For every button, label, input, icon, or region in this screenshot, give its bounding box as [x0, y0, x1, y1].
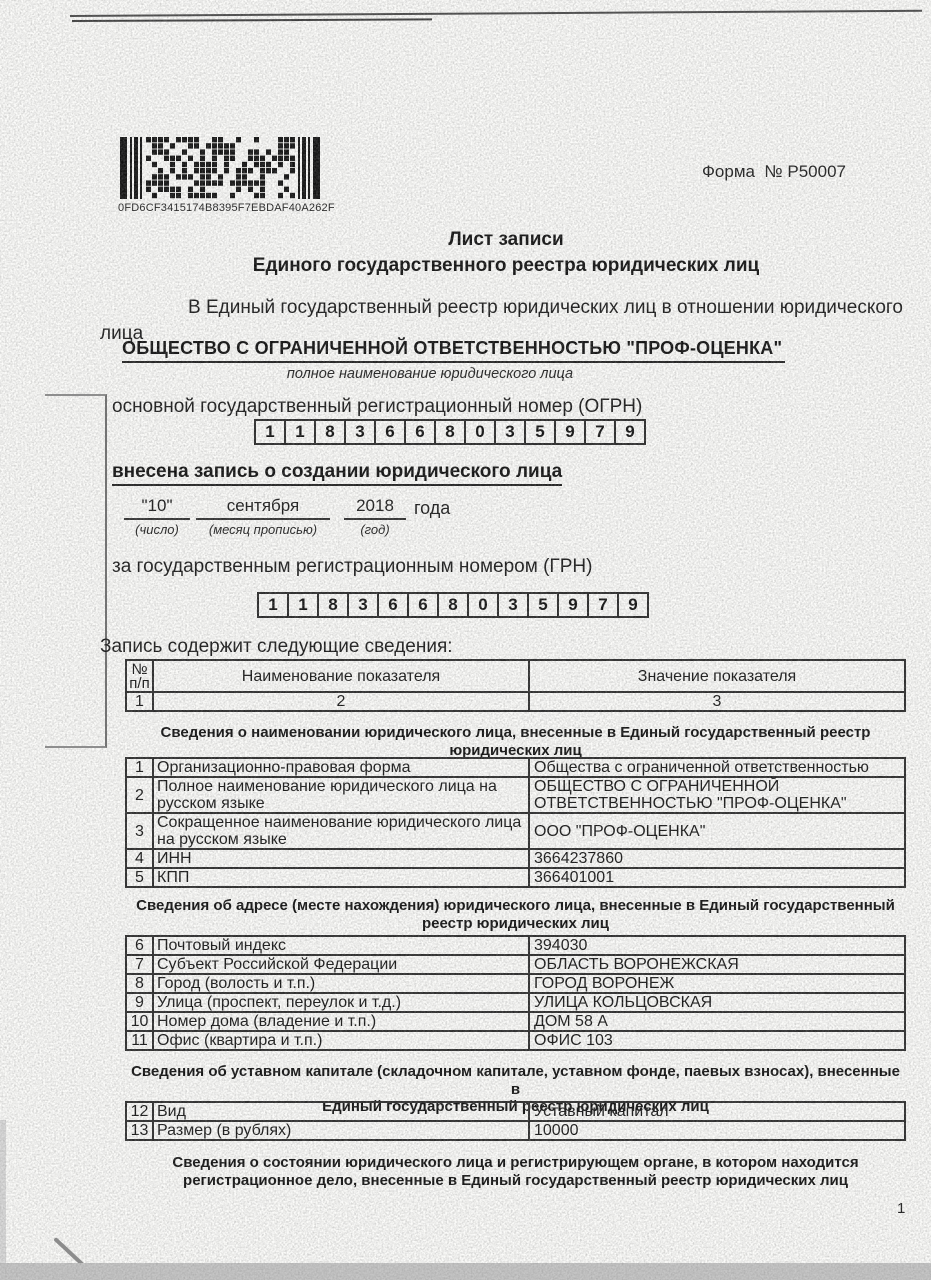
row-value: 366401001 [530, 869, 904, 886]
digit-cell: 1 [257, 592, 289, 618]
row-num: 13 [127, 1122, 154, 1139]
section-title-line: Сведения об адресе (месте нахождения) юр… [125, 897, 906, 915]
digit-cell: 6 [404, 419, 436, 445]
row-num: 10 [127, 1013, 154, 1030]
date-year-field: 2018 [344, 496, 406, 520]
row-value: ОФИС 103 [530, 1032, 904, 1049]
row-num: 9 [127, 994, 154, 1011]
digit-cell: 5 [524, 419, 556, 445]
table-row: 5КПП366401001 [127, 867, 904, 886]
section-title-line: Сведения о состоянии юридического лица и… [125, 1154, 906, 1172]
row-value: 394030 [530, 937, 904, 954]
digit-cell: 9 [557, 592, 589, 618]
record-contains-label: Запись содержит следующие сведения: [100, 636, 453, 658]
digit-cell: 0 [467, 592, 499, 618]
row-num: 6 [127, 937, 154, 954]
digit-cell: 9 [614, 419, 646, 445]
table-row: 9Улица (проспект, переулок и т.д.)УЛИЦА … [127, 992, 904, 1011]
table-row: 12ВидУставный капитал [127, 1103, 904, 1120]
row-value: ОБЩЕСТВО С ОГРАНИЧЕННОЙ ОТВЕТСТВЕННОСТЬЮ… [530, 778, 904, 812]
row-name: Размер (в рублях) [154, 1122, 530, 1139]
digit-cell: 7 [584, 419, 616, 445]
date-month-field: сентября [196, 496, 330, 520]
row-name: Улица (проспект, переулок и т.д.) [154, 994, 530, 1011]
digit-cell: 0 [464, 419, 496, 445]
table-index-row: 1 2 3 [127, 691, 904, 710]
col-header-num-line2: п/п [129, 677, 149, 691]
document-title-line2: Единого государственного реестра юридиче… [100, 253, 912, 279]
row-value: ООО "ПРОФ-ОЦЕНКА" [530, 814, 904, 848]
row-name: Полное наименование юридического лица на… [154, 778, 530, 812]
table-row: 3Сокращенное наименование юридического л… [127, 812, 904, 848]
date-month-label: (месяц прописью) [196, 522, 330, 537]
scan-left-edge-shadow [0, 1120, 6, 1263]
form-number-label: Форма № Р50007 [702, 162, 846, 182]
row-num: 1 [127, 759, 154, 776]
table-header-row: № п/п Наименование показателя Значение п… [127, 661, 904, 691]
row-num: 4 [127, 850, 154, 867]
company-name-caption: полное наименование юридического лица [100, 366, 760, 382]
page-number: 1 [897, 1200, 905, 1217]
date-day-field: "10" [124, 496, 190, 520]
scan-top-edge-line-dark [72, 18, 432, 22]
row-name: Вид [154, 1103, 530, 1120]
scanned-document-page: 0FD6CF3415174B8395F7EBDAF40A262F Форма №… [0, 0, 931, 1280]
digit-cell: 7 [587, 592, 619, 618]
row-value: ГОРОД ВОРОНЕЖ [530, 975, 904, 992]
digit-cell: 5 [527, 592, 559, 618]
section-title-line: Сведения о наименовании юридического лиц… [125, 724, 906, 742]
scanner-background-band [0, 1263, 931, 1280]
row-name: Субъект Российской Федерации [154, 956, 530, 973]
row-value: 10000 [530, 1122, 904, 1139]
digit-cell: 8 [437, 592, 469, 618]
row-num: 3 [127, 814, 154, 848]
ogrn-label: основной государственный регистрационный… [112, 396, 642, 418]
digit-cell: 1 [284, 419, 316, 445]
document-title-line1: Лист записи [100, 227, 912, 253]
name-info-table: 1Организационно-правовая формаОбщества с… [125, 757, 906, 888]
record-heading: внесена запись о создании юридического л… [112, 461, 562, 486]
table-row: 8Город (волость и т.п.)ГОРОД ВОРОНЕЖ [127, 973, 904, 992]
intro-text-line1: В Единый государственный реестр юридичес… [100, 295, 912, 321]
row-name: Почтовый индекс [154, 937, 530, 954]
section-title-name-info: Сведения о наименовании юридического лиц… [125, 724, 906, 759]
row-value: ДОМ 58 А [530, 1013, 904, 1030]
row-value: 3664237860 [530, 850, 904, 867]
barcode-number: 0FD6CF3415174B8395F7EBDAF40A262F [118, 202, 358, 214]
scan-paper-edge-artifact [45, 394, 107, 748]
col-header-name: Наименование показателя [154, 661, 530, 691]
row-value: Общества с ограниченной ответственностью [530, 759, 904, 776]
row-num: 12 [127, 1103, 154, 1120]
record-table-header: № п/п Наименование показателя Значение п… [125, 659, 906, 712]
row-num: 5 [127, 869, 154, 886]
table-row: 6Почтовый индекс394030 [127, 937, 904, 954]
ogrn-digit-boxes: 1183668035979 [254, 419, 646, 445]
digit-cell: 9 [617, 592, 649, 618]
row-name: Сокращенное наименование юридического ли… [154, 814, 530, 848]
digit-cell: 3 [347, 592, 379, 618]
row-name: Номер дома (владение и т.п.) [154, 1013, 530, 1030]
digit-cell: 9 [554, 419, 586, 445]
index-num: 1 [127, 693, 154, 710]
date-day-label: (число) [124, 522, 190, 537]
table-row: 2Полное наименование юридического лица н… [127, 776, 904, 812]
section-title-status-info: Сведения о состоянии юридического лица и… [125, 1154, 906, 1189]
row-name: ИНН [154, 850, 530, 867]
digit-cell: 6 [377, 592, 409, 618]
digit-cell: 8 [317, 592, 349, 618]
digit-cell: 3 [497, 592, 529, 618]
row-name: КПП [154, 869, 530, 886]
row-name: Организационно-правовая форма [154, 759, 530, 776]
date-year-label: (год) [344, 522, 406, 537]
row-num: 7 [127, 956, 154, 973]
col-header-value: Значение показателя [530, 661, 904, 691]
row-value: УЛИЦА КОЛЬЦОВСКАЯ [530, 994, 904, 1011]
index-value: 3 [530, 693, 904, 710]
scan-top-edge-line [70, 10, 922, 17]
table-row: 13Размер (в рублях)10000 [127, 1120, 904, 1139]
row-value: ОБЛАСТЬ ВОРОНЕЖСКАЯ [530, 956, 904, 973]
section-title-line: регистрационное дело, внесенные в Единый… [125, 1172, 906, 1190]
grn-digit-boxes: 1183668035979 [257, 592, 649, 618]
digit-cell: 1 [254, 419, 286, 445]
digit-cell: 6 [407, 592, 439, 618]
digit-cell: 3 [344, 419, 376, 445]
table-row: 7Субъект Российской ФедерацииОБЛАСТЬ ВОР… [127, 954, 904, 973]
grn-label: за государственным регистрационным номер… [112, 556, 592, 578]
col-header-num: № п/п [127, 661, 154, 691]
capital-info-table: 12ВидУставный капитал13Размер (в рублях)… [125, 1101, 906, 1141]
row-num: 11 [127, 1032, 154, 1049]
table-row: 10Номер дома (владение и т.п.)ДОМ 58 А [127, 1011, 904, 1030]
table-row: 11Офис (квартира и т.п.)ОФИС 103 [127, 1030, 904, 1049]
digit-cell: 3 [494, 419, 526, 445]
section-title-address-info: Сведения об адресе (месте нахождения) юр… [125, 897, 906, 932]
company-name: ОБЩЕСТВО С ОГРАНИЧЕННОЙ ОТВЕТСТВЕННОСТЬЮ… [122, 338, 785, 363]
section-title-line: Сведения об уставном капитале (складочно… [125, 1063, 906, 1098]
section-title-line: реестр юридических лиц [125, 915, 906, 933]
table-row: 1Организационно-правовая формаОбщества с… [127, 759, 904, 776]
row-name: Офис (квартира и т.п.) [154, 1032, 530, 1049]
barcode-image [120, 137, 330, 204]
digit-cell: 6 [374, 419, 406, 445]
row-value: Уставный капитал [530, 1103, 904, 1120]
barcode-bars [120, 186, 320, 203]
digit-cell: 1 [287, 592, 319, 618]
document-title: Лист записи Единого государственного рее… [100, 227, 912, 278]
row-num: 2 [127, 778, 154, 812]
index-name: 2 [154, 693, 530, 710]
date-year-suffix: года [414, 498, 450, 519]
digit-cell: 8 [314, 419, 346, 445]
row-name: Город (волость и т.п.) [154, 975, 530, 992]
digit-cell: 8 [434, 419, 466, 445]
row-num: 8 [127, 975, 154, 992]
address-info-table: 6Почтовый индекс3940307Субъект Российско… [125, 935, 906, 1051]
table-row: 4ИНН3664237860 [127, 848, 904, 867]
